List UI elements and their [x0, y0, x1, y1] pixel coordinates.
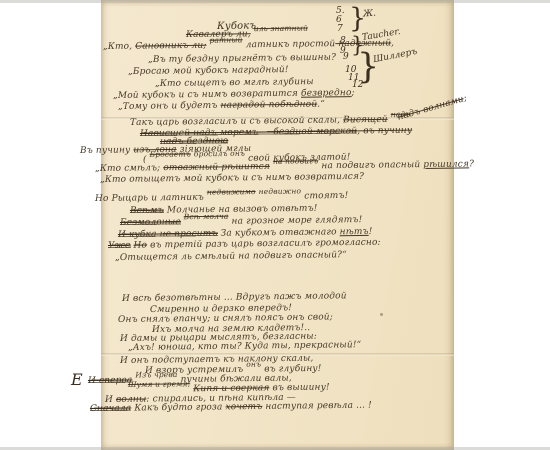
- manuscript-line-stanza-3: „Отыщется ль смѣлый на подвигъ опасный?“: [115, 251, 347, 264]
- struck-text: наградой побѣдной: [220, 100, 317, 111]
- manuscript-photo: Кубокъ Кавалеръ ли, иль знатный„Кто, Сан…: [0, 0, 550, 450]
- struck-text: на подвигъ: [273, 157, 318, 166]
- handwritten-text: стоятъ!: [301, 191, 348, 202]
- handwritten-text: рѣшился: [423, 159, 469, 170]
- handwritten-text: ,: [391, 38, 394, 48]
- manuscript-line-stanza-5: Сначала Какъ будто гроза хочетъ наступая…: [90, 402, 372, 415]
- handwriting-layer: Кубокъ Кавалеръ ли, иль знатный„Кто, Сан…: [0, 0, 550, 450]
- struck-text: отважный рѣшится: [163, 162, 270, 173]
- struck-text: Сначала: [90, 403, 131, 414]
- struck-text: И кубка не проситъ: [118, 229, 218, 240]
- manuscript-line-stanza-4: „Ахъ! юноша, кто ты? Куда ты, прекрасный…: [128, 341, 361, 354]
- handwritten-text: на грозное море глядятъ!: [228, 215, 362, 227]
- struck-text: надъ волнами: [396, 94, 465, 123]
- handwritten-text: ?: [469, 159, 474, 169]
- manuscript-line-stanza-1: „Въ ту бездну прыгнётъ съ вышины?: [148, 54, 336, 66]
- struck-text: Уже: [108, 241, 131, 251]
- struck-text: Висящей: [343, 115, 388, 126]
- handwritten-text: въ третій разъ царь возгласилъ громоглас…: [147, 238, 381, 251]
- handwritten-text: „Тому онъ и будетъ: [118, 101, 221, 112]
- handwritten-text: И всѣ безотвѣтны ... Вдругъ пажъ молодой: [122, 291, 347, 304]
- handwritten-text: „Кто смѣлъ;: [95, 163, 163, 174]
- handwritten-text: нѣтъ: [340, 227, 369, 237]
- struck-text: Всѣ молча: [184, 213, 229, 222]
- handwritten-text: на подвигъ опасный: [318, 160, 423, 171]
- handwritten-text: въ вышину!: [269, 383, 329, 394]
- manuscript-line-stanza-2: надъ волнами;: [397, 94, 469, 123]
- struck-text: Бросаетъ: [150, 150, 191, 159]
- handwritten-text: За кубкомъ отважнаго: [220, 227, 339, 238]
- struck-text: И сперва: [88, 375, 133, 386]
- struck-text: Но: [133, 241, 147, 251]
- handwritten-text: „Кто сыщетъ во мглѣ глубины: [155, 77, 314, 89]
- handwritten-text: „Кто,: [103, 42, 135, 52]
- struck-text: недвижимо: [207, 188, 256, 197]
- struck-text: Всѣмъ: [130, 206, 164, 216]
- ink-speck: [380, 313, 383, 316]
- struck-text: хочетъ: [225, 402, 262, 412]
- struck-text: , въ пучину: [357, 126, 412, 137]
- handwritten-text: „Бросаю мой кубокъ наградный!: [128, 65, 289, 77]
- manuscript-line-stanza-1: „Бросаю мой кубокъ наградный!: [128, 66, 289, 78]
- stanza-number: 9: [343, 53, 349, 62]
- manuscript-line-stanza-1: „Тому онъ и будетъ наградой побѣдной.“: [118, 100, 325, 112]
- handwritten-text: Изъ чрева: [135, 371, 177, 380]
- handwritten-text: „Отыщется ль смѣлый на подвигъ опасный?“: [115, 250, 347, 263]
- stanza-number: 7: [337, 25, 343, 34]
- handwritten-text: „Въ ту бездну прыгнётъ съ вышины?: [148, 53, 336, 65]
- handwritten-text: наступая ревѣла ... !: [262, 401, 372, 412]
- handwritten-text: „Ахъ! юноша, кто ты? Куда ты, прекрасный…: [128, 340, 361, 353]
- handwritten-text: онъ: [246, 361, 261, 369]
- struck-text: Сановникъ ли;: [135, 41, 206, 52]
- handwritten-text: безвредно: [301, 88, 352, 99]
- handwritten-text: !: [369, 227, 373, 237]
- handwritten-text: „Кто отыщетъ мой кубокъ и съ нимъ возвра…: [100, 172, 364, 185]
- struck-text: Безмолвные: [120, 217, 181, 228]
- handwritten-text: бросилъ онъ: [194, 150, 245, 159]
- handwritten-text: .“: [317, 99, 325, 109]
- struck-text: ратный: [209, 36, 242, 45]
- margin-note-label-0: Ж.: [363, 10, 377, 20]
- handwritten-text: недвижно: [259, 187, 302, 196]
- struck-text: Шумя и гремя,: [128, 380, 190, 389]
- manuscript-line-stanza-2: „Кто отыщетъ мой кубокъ и съ нимъ возвра…: [100, 173, 364, 186]
- margin-note-label-2: Шиллеръ: [373, 48, 419, 65]
- stanza-number: 8: [340, 37, 346, 46]
- handwritten-text: Какъ будто гроза: [131, 402, 225, 413]
- struck-text: иль знатный: [254, 25, 308, 34]
- handwritten-text: латникъ простой: [243, 39, 336, 50]
- handwritten-text: Въ пучину: [80, 145, 134, 156]
- margin-correction-mark: Е: [71, 372, 83, 388]
- handwritten-text: Но Рыцарь и латникъ: [95, 193, 207, 204]
